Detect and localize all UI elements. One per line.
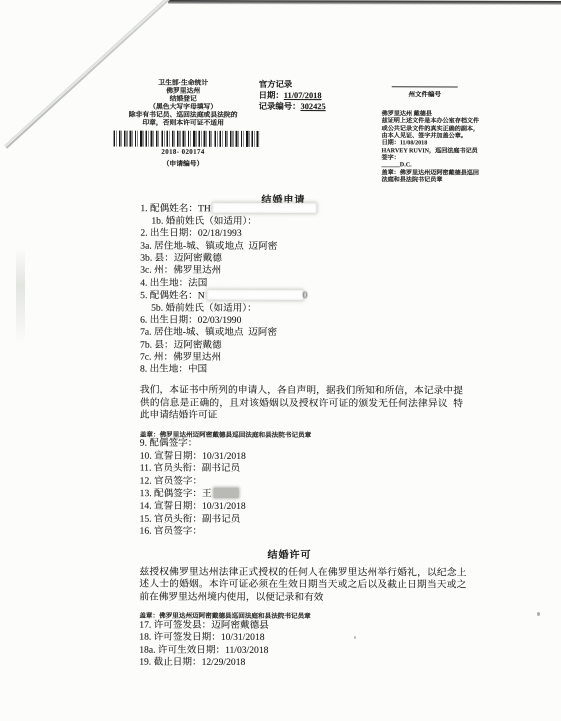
form-item-line: 11. 官员头衔：副书记员 xyxy=(140,463,470,476)
application-number: 2018- 020174 xyxy=(101,149,266,156)
form-item-line: 5b. 婚前姓氏（如适用）： xyxy=(140,302,470,315)
form-item-line: 10. 宣誓日期：10/31/2018 xyxy=(140,450,470,463)
form-item-line: 9. 配偶签字： xyxy=(140,438,470,451)
form-item-line: 7a. 居住地-城、镇或地点 迈阿密 xyxy=(140,327,470,340)
license-section-title: 结婚许可 xyxy=(139,546,439,562)
redaction-box xyxy=(207,290,303,300)
form-item-line: 3c. 州：佛罗里达州 xyxy=(140,265,470,278)
barcode-icon xyxy=(114,131,260,147)
document-content: 卫生部·生命统计佛罗里达州结婚登记（黑色大写字母填写）除非有书记员、巡回法庭或县… xyxy=(0,0,561,721)
form-item-line: 16. 官员签字： xyxy=(140,526,470,539)
application-items: 1. 配偶姓名：TH 1b. 婚前姓氏（如适用）： 2. 出生日期：02/18/… xyxy=(140,203,470,378)
form-item-line: 18a. 许可生效日期：11/03/2018 xyxy=(139,644,469,657)
redaction-box xyxy=(214,488,239,498)
license-items: 17. 许可签发县：迈阿密戴德县 18. 许可签发日期：10/31/2018 1… xyxy=(139,620,469,670)
form-item-line: 12. 官员签字： xyxy=(140,475,470,488)
form-item-line: 2. 出生日期：02/18/1993 xyxy=(140,228,470,241)
state-file-number-label: 州文件编号 xyxy=(392,86,458,98)
form-item-line: 8. 出生地：中国 xyxy=(140,364,470,377)
form-item-line: 4. 出生地：法国 xyxy=(140,277,470,290)
signature-items: 9. 配偶签字： 10. 宣誓日期：10/31/2018 11. 官员头衔：副书… xyxy=(140,438,470,540)
official-record-block: 官方记录 日期：11/07/2018 记录编号：302425 xyxy=(259,79,326,112)
clerk-certification-block: 佛罗里达州 戴德县兹证明上述文件是本办公室存档文件或公共记录文件的真实正确的副本… xyxy=(381,111,503,185)
official-record-date-value: 11/07/2018 xyxy=(284,91,322,100)
form-item-line: 1. 配偶姓名：TH xyxy=(140,203,470,217)
form-item-line: 3a. 居住地-城、镇或地点 迈阿密 xyxy=(140,240,470,253)
form-item-line: 13. 配偶签字：王 xyxy=(140,488,470,502)
clerk-certification-line: 法庭和县法院书记员章 xyxy=(381,177,503,185)
application-number-caption: （申请编号） xyxy=(101,157,266,167)
clerk-certification-line: ______D.C. xyxy=(381,163,503,171)
license-paragraph: 兹授权佛罗里达州法律正式授权的任何人在佛罗里达州举行婚礼，以纪念上述人士的婚姻。… xyxy=(139,567,466,605)
redaction-box xyxy=(213,203,317,213)
official-record-title: 官方记录 xyxy=(259,79,326,90)
scanned-document-page: 卫生部·生命统计佛罗里达州结婚登记（黑色大写字母填写）除非有书记员、巡回法庭或县… xyxy=(0,0,561,721)
form-item-line: 14. 宣誓日期：10/31/2018 xyxy=(140,501,470,514)
agency-header-block: 卫生部·生命统计佛罗里达州结婚登记（黑色大写字母填写）除非有书记员、巡回法庭或县… xyxy=(101,80,266,129)
official-record-number: 记录编号：302425 xyxy=(259,101,326,112)
official-record-date: 日期：11/07/2018 xyxy=(259,90,326,101)
clerk-certification-line: HARVEY RUVIN，巡回法庭书记员 xyxy=(382,148,504,156)
official-record-number-value: 302425 xyxy=(301,102,326,111)
form-item-line: 1b. 婚前姓氏（如适用）： xyxy=(140,215,470,228)
declaration-paragraph: 我们，本证书中所列的申请人，各自声明，据我们所知和所信，本记录中提供的信息是正确… xyxy=(140,385,463,424)
clerk-certification-line: 兹证明上述文件是本办公室存档文件 xyxy=(382,119,504,127)
form-item-line: 19. 截止日期：12/29/2018 xyxy=(139,657,469,670)
seal-note: 盖章：佛罗里达州迈阿密戴德县巡回法庭和县法院书记员章 xyxy=(139,610,310,620)
form-item-line: 3b. 县：迈阿密戴德 xyxy=(140,253,470,266)
agency-header-line: 印章，否则本许可证不适用 xyxy=(101,120,266,129)
clerk-certification-line: 日期：11/08/2018 xyxy=(382,141,504,149)
form-item-line: 7b. 县：迈阿密戴德 xyxy=(140,339,470,352)
form-item-line: 5. 配偶姓名：N0 xyxy=(140,290,470,304)
form-item-line: 18. 许可签发日期：10/31/2018 xyxy=(139,632,469,645)
